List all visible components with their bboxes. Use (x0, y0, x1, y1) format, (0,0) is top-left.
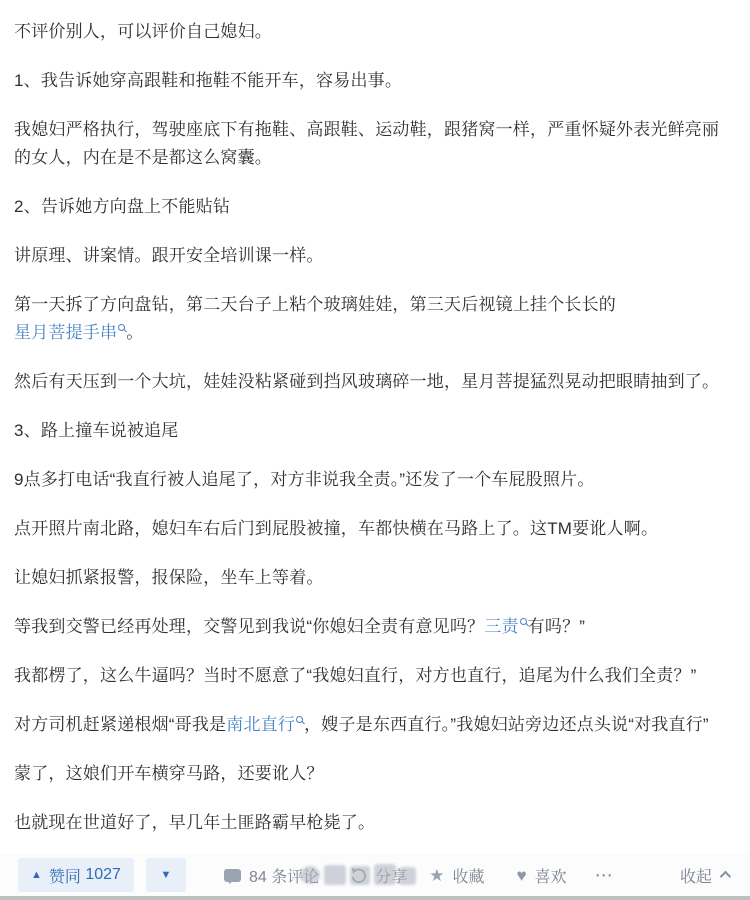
search-icon (118, 324, 125, 331)
share-icon (349, 866, 367, 884)
star-icon: ★ (429, 867, 444, 884)
text-run: 对方司机赶紧递根烟“哥我是 (14, 715, 226, 734)
chevron-up-icon (720, 871, 731, 882)
share-label: 分享 (375, 864, 407, 887)
text-run: 第一天拆了方向盘钻，第二天台子上粘个玻璃娃娃，第三天后视镜上挂个长长的 (14, 295, 616, 314)
text-run: 等我到交警已经再处理，交警见到我说“你媳妇全责有意见吗？ (14, 617, 484, 636)
text-run: 也就现在世道好了，早几年土匪路霸早枪毙了。 (14, 813, 375, 832)
upvote-button[interactable]: ▲ 赞同 1027 (18, 858, 134, 892)
upvote-label: 赞同 (49, 864, 81, 887)
text-run: 2、告诉她方向盘上不能贴钻 (14, 197, 230, 216)
comments-label: 84 条评论 (249, 864, 319, 887)
comment-icon (224, 869, 241, 882)
search-link-beads[interactable]: 星月菩提手串 (14, 323, 126, 342)
post-page: { "colors": { "link": "#4583c6", "text":… (0, 0, 750, 900)
collapse-button[interactable]: 收起 (680, 864, 728, 887)
search-icon (520, 618, 527, 625)
text-run: 然后有天压到一个大坑，娃娃没粘紧碰到挡风玻璃碎一地，星月菩提猛烈晃动把眼睛抽到了… (14, 372, 719, 391)
paragraph: 2、告诉她方向盘上不能贴钻 (14, 193, 736, 221)
search-link-direction[interactable]: 南北直行 (226, 715, 304, 734)
comments-button[interactable]: 84 条评论 (224, 864, 319, 887)
paragraph: 9点多打电话“我直行被人追尾了，对方非说我全责。”还发了一个车屁股照片。 (14, 466, 736, 494)
paragraph: 等我到交警已经再处理，交警见到我说“你媳妇全责有意见吗？三责有吗？” (14, 613, 736, 641)
search-icon (296, 716, 303, 723)
text-run: 让媳妇抓紧报警，报保险，坐车上等着。 (14, 568, 324, 587)
more-label: ⋯ (595, 865, 615, 886)
paragraph: 然后有天压到一个大坑，娃娃没粘紧碰到挡风玻璃碎一地，星月菩提猛烈晃动把眼睛抽到了… (14, 368, 736, 396)
paragraph: 我媳妇严格执行，驾驶座底下有拖鞋、高跟鞋、运动鞋，跟猪窝一样，严重怀疑外表光鲜亮… (14, 116, 736, 172)
downvote-icon: ▼ (161, 869, 172, 881)
text-run: 1、我告诉她穿高跟鞋和拖鞋不能开车，容易出事。 (14, 71, 402, 90)
text-run: 我媳妇严格执行，驾驶座底下有拖鞋、高跟鞋、运动鞋，跟猪窝一样，严重怀疑外表光鲜亮… (14, 120, 719, 167)
like-label: 喜欢 (535, 864, 567, 887)
action-toolbar: ▲ 赞同 1027 ▼ 84 条评论 分享 ★ 收藏 ♥ 喜欢 ⋯ 收起 (0, 854, 750, 896)
heart-icon: ♥ (516, 867, 526, 884)
paragraph: 点开照片南北路，媳妇车右后门到屁股被撞，车都快横在马路上了。这TM要讹人啊。 (14, 515, 736, 543)
text-run: 不评价别人，可以评价自己媳妇。 (14, 22, 272, 41)
paragraph: 让媳妇抓紧报警，报保险，坐车上等着。 (14, 564, 736, 592)
text-run: 3、路上撞车说被追尾 (14, 421, 178, 440)
share-button[interactable]: 分享 (349, 864, 407, 887)
window-bottom-edge (0, 896, 750, 900)
favorite-label: 收藏 (452, 864, 484, 887)
link-text: 星月菩提手串 (14, 323, 117, 342)
favorite-button[interactable]: ★ 收藏 (429, 864, 484, 887)
link-text: 三责 (484, 617, 518, 636)
paragraph: 我都楞了，这么牛逼吗？当时不愿意了“我媳妇直行，对方也直行，追尾为什么我们全责？… (14, 662, 736, 690)
paragraph: 也就现在世道好了，早几年土匪路霸早枪毙了。 (14, 809, 736, 837)
paragraph: 对方司机赶紧递根烟“哥我是南北直行，嫂子是东西直行。”我媳妇站旁边还点头说“对我… (14, 711, 736, 739)
text-run: 点开照片南北路，媳妇车右后门到屁股被撞，车都快横在马路上了。这TM要讹人啊。 (14, 519, 658, 538)
paragraph: 讲原理、讲案情。跟开安全培训课一样。 (14, 242, 736, 270)
post-body: 不评价别人，可以评价自己媳妇。 1、我告诉她穿高跟鞋和拖鞋不能开车，容易出事。 … (0, 0, 750, 837)
paragraph: 不评价别人，可以评价自己媳妇。 (14, 18, 736, 46)
collapse-label: 收起 (680, 864, 712, 887)
search-link-liability[interactable]: 三责 (484, 617, 527, 636)
link-text: 南北直行 (226, 715, 295, 734)
text-run: 9点多打电话“我直行被人追尾了，对方非说我全责。”还发了一个车屁股照片。 (14, 470, 594, 489)
like-button[interactable]: ♥ 喜欢 (516, 864, 566, 887)
upvote-count: 1027 (85, 866, 121, 884)
text-run: 有吗？” (528, 617, 585, 636)
more-button[interactable]: ⋯ (595, 865, 615, 886)
text-run: ，嫂子是东西直行。”我媳妇站旁边还点头说“对我直行” (304, 715, 709, 734)
text-run: 讲原理、讲案情。跟开安全培训课一样。 (14, 246, 324, 265)
paragraph: 3、路上撞车说被追尾 (14, 417, 736, 445)
text-run: 蒙了，这娘们开车横穿马路，还要讹人？ (14, 764, 324, 783)
upvote-icon: ▲ (31, 869, 42, 881)
text-run: 。 (126, 323, 143, 342)
paragraph: 蒙了，这娘们开车横穿马路，还要讹人？ (14, 760, 736, 788)
text-run: 我都楞了，这么牛逼吗？当时不愿意了“我媳妇直行，对方也直行，追尾为什么我们全责？… (14, 666, 697, 685)
paragraph: 第一天拆了方向盘钻，第二天台子上粘个玻璃娃娃，第三天后视镜上挂个长长的星月菩提手… (14, 291, 736, 347)
paragraph: 1、我告诉她穿高跟鞋和拖鞋不能开车，容易出事。 (14, 67, 736, 95)
downvote-button[interactable]: ▼ (146, 858, 186, 892)
